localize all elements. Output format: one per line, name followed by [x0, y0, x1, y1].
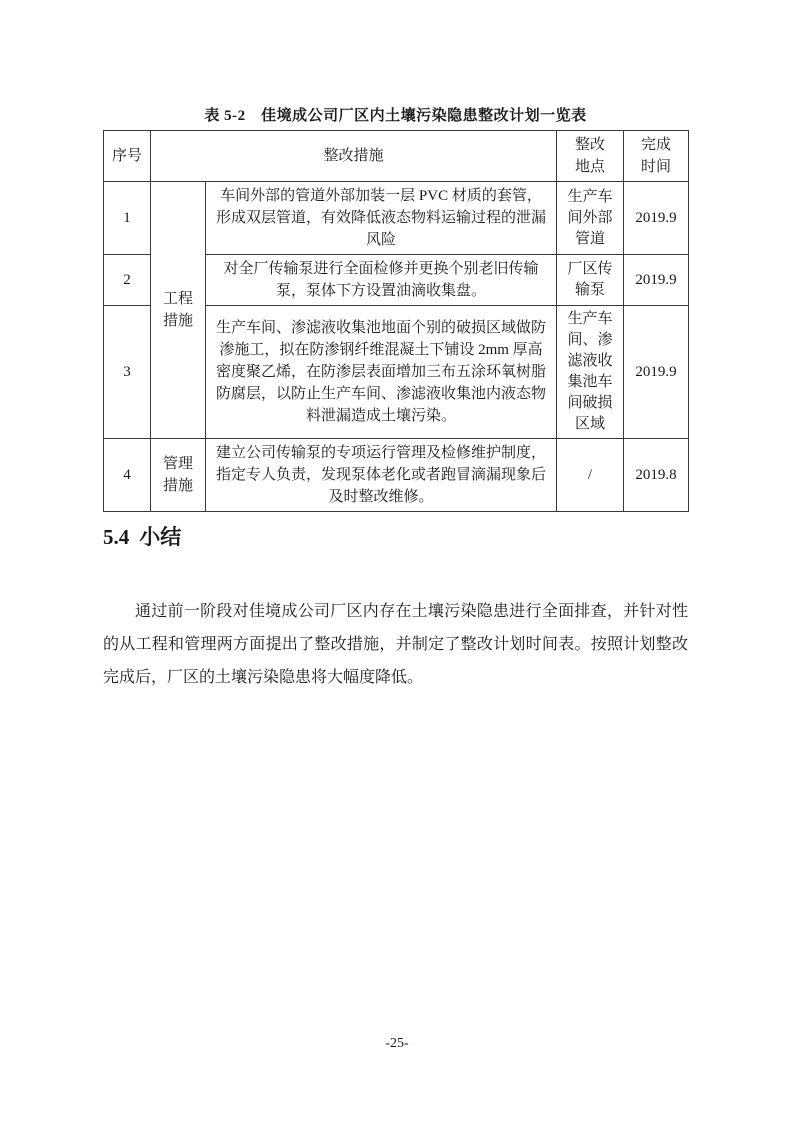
cell-location: 生产车间外部管道: [557, 182, 624, 255]
document-page: 表 5-2 佳境成公司厂区内土壤污染隐患整改计划一览表 序号 整改措施 整改 地…: [0, 0, 794, 1123]
cell-index: 4: [104, 439, 151, 512]
cell-index: 1: [104, 182, 151, 255]
col-header-deadline: 完成 时间: [624, 131, 689, 182]
table-row: 1 工程 措施 车间外部的管道外部加装一层 PVC 材质的套管，形成双层管道，有…: [104, 182, 689, 255]
cell-category-management: 管理 措施: [151, 439, 206, 512]
cell-measure: 车间外部的管道外部加装一层 PVC 材质的套管，形成双层管道，有效降低液态物料运…: [206, 182, 557, 255]
cell-measure: 建立公司传输泵的专项运行管理及检修维护制度，指定专人负责，发现泵体老化或者跑冒滴…: [206, 439, 557, 512]
table-caption: 表 5-2 佳境成公司厂区内土壤污染隐患整改计划一览表: [103, 104, 688, 128]
col-header-index: 序号: [104, 131, 151, 182]
cell-deadline: 2019.8: [624, 439, 689, 512]
remediation-plan-table: 序号 整改措施 整改 地点 完成 时间 1 工程 措施 车间外部的管道外部加装一…: [103, 130, 689, 512]
cell-deadline: 2019.9: [624, 306, 689, 439]
page-number: -25-: [0, 1036, 794, 1052]
cell-location: /: [557, 439, 624, 512]
cell-location: 生产车间、渗滤液收集池车间破损区域: [557, 306, 624, 439]
table-row: 4 管理 措施 建立公司传输泵的专项运行管理及检修维护制度，指定专人负责，发现泵…: [104, 439, 689, 512]
summary-paragraph: 通过前一阶段对佳境成公司厂区内存在土壤污染隐患进行全面排查，并针对性的从工程和管…: [103, 595, 688, 694]
cell-deadline: 2019.9: [624, 182, 689, 255]
cell-deadline: 2019.9: [624, 255, 689, 306]
col-header-location: 整改 地点: [557, 131, 624, 182]
section-number: 5.4: [103, 525, 129, 549]
cell-measure: 对全厂传输泵进行全面检修并更换个别老旧传输泵，泵体下方设置油滴收集盘。: [206, 255, 557, 306]
col-header-measures: 整改措施: [151, 131, 557, 182]
page-content: 表 5-2 佳境成公司厂区内土壤污染隐患整改计划一览表 序号 整改措施 整改 地…: [103, 0, 688, 694]
cell-location: 厂区传输泵: [557, 255, 624, 306]
section-heading: 5.4小结: [103, 524, 688, 551]
cell-index: 3: [104, 306, 151, 439]
cell-index: 2: [104, 255, 151, 306]
table-header-row: 序号 整改措施 整改 地点 完成 时间: [104, 131, 689, 182]
cell-category-engineering: 工程 措施: [151, 182, 206, 439]
section-title: 小结: [139, 526, 181, 549]
cell-measure: 生产车间、渗滤液收集池地面个别的破损区域做防渗施工，拟在防渗钢纤维混凝土下铺设 …: [206, 306, 557, 439]
